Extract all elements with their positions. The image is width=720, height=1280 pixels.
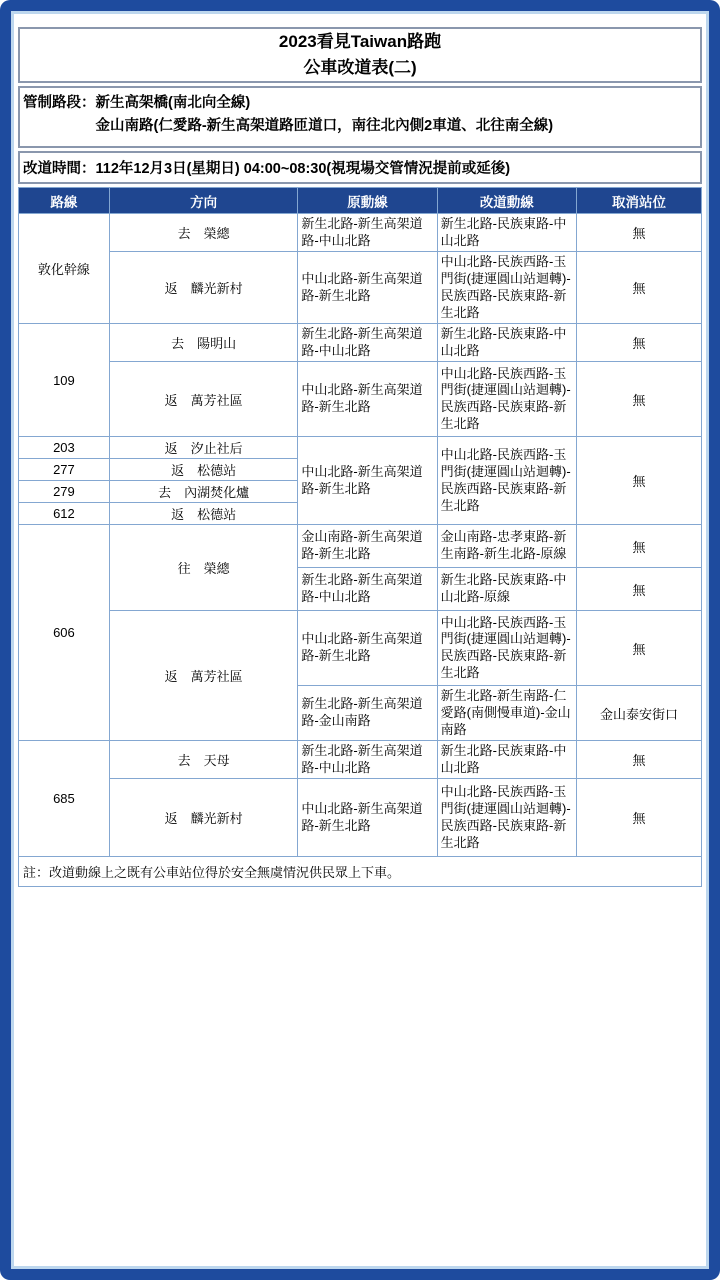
page-title-line-1: 2023看見Taiwan路跑: [20, 29, 700, 55]
document-content: 2023看見Taiwan路跑 公車改道表(二) 管制路段： 新生高架橋(南北向全…: [18, 27, 702, 887]
direction-cell: 返 萬芳社區: [109, 611, 298, 741]
detour-route-cell: 中山北路-民族西路-玉門街(捷運圓山站迴轉)-民族西路-民族東路-新生北路: [437, 611, 576, 686]
cancelled-stop-cell: 無: [576, 525, 701, 568]
route-cell: 敦化幹線: [19, 214, 110, 324]
table-row: 返 萬芳社區中山北路-新生高架道路-新生北路中山北路-民族西路-玉門街(捷運圓山…: [19, 362, 702, 437]
column-header-3: 改道動線: [437, 188, 576, 214]
table-note-cell: 註：改道動線上之既有公車站位得於安全無虞情況供民眾上下車。: [19, 857, 702, 887]
controlled-road-section-box: 管制路段： 新生高架橋(南北向全線) 金山南路(仁愛路-新生高架道路匝道口，南往…: [18, 86, 702, 148]
cancelled-stop-cell: 無: [576, 214, 701, 252]
direction-cell: 返 松德站: [109, 459, 298, 481]
page-title-line-2: 公車改道表(二): [20, 55, 700, 81]
direction-cell: 返 汐止社后: [109, 437, 298, 459]
detour-route-cell: 金山南路-忠孝東路-新生南路-新生北路-原線: [437, 525, 576, 568]
original-route-cell: 新生北路-新生高架道路-中山北路: [298, 741, 437, 779]
detour-route-cell: 中山北路-民族西路-玉門街(捷運圓山站迴轉)-民族西路-民族東路-新生北路: [437, 362, 576, 437]
original-route-cell: 中山北路-新生高架道路-新生北路: [298, 779, 437, 857]
table-row: 109去 陽明山新生北路-新生高架道路-中山北路新生北路-民族東路-中山北路無: [19, 324, 702, 362]
detour-route-cell: 新生北路-新生南路-仁愛路(南側慢車道)-金山南路: [437, 686, 576, 741]
cancelled-stop-cell: 無: [576, 568, 701, 611]
table-row: 註：改道動線上之既有公車站位得於安全無虞情況供民眾上下車。: [19, 857, 702, 887]
table-row: 返 萬芳社區中山北路-新生高架道路-新生北路中山北路-民族西路-玉門街(捷運圓山…: [19, 611, 702, 686]
route-cell: 685: [19, 741, 110, 857]
route-cell: 612: [19, 503, 110, 525]
original-route-cell: 新生北路-新生高架道路-中山北路: [298, 568, 437, 611]
cancelled-stop-cell: 無: [576, 362, 701, 437]
direction-cell: 往 榮總: [109, 525, 298, 611]
direction-cell: 返 麟光新村: [109, 779, 298, 857]
bus-reroute-table: 路線方向原動線改道動線取消站位 敦化幹線去 榮總新生北路-新生高架道路-中山北路…: [18, 187, 702, 887]
cancelled-stop-cell: 無: [576, 324, 701, 362]
cancelled-stop-cell: 無: [576, 437, 701, 525]
controlled-road-line-2: 金山南路(仁愛路-新生高架道路匝道口，南往北內側2車道、北往南全線): [96, 115, 698, 138]
route-cell: 203: [19, 437, 110, 459]
cancelled-stop-cell: 無: [576, 741, 701, 779]
column-header-2: 原動線: [298, 188, 437, 214]
table-row: 203返 汐止社后中山北路-新生高架道路-新生北路中山北路-民族西路-玉門街(捷…: [19, 437, 702, 459]
cancelled-stop-cell: 無: [576, 611, 701, 686]
detour-route-cell: 新生北路-民族東路-中山北路-原線: [437, 568, 576, 611]
route-cell: 606: [19, 525, 110, 741]
original-route-cell: 中山北路-新生高架道路-新生北路: [298, 252, 437, 324]
original-route-cell: 新生北路-新生高架道路-金山南路: [298, 686, 437, 741]
reroute-time-text: 改道時間：112年12月3日(星期日) 04:00~08:30(視現場交管情況提…: [23, 161, 510, 177]
direction-cell: 返 松德站: [109, 503, 298, 525]
detour-route-cell: 中山北路-民族西路-玉門街(捷運圓山站迴轉)-民族西路-民族東路-新生北路: [437, 779, 576, 857]
table-body: 敦化幹線去 榮總新生北路-新生高架道路-中山北路新生北路-民族東路-中山北路無返…: [19, 214, 702, 887]
column-header-1: 方向: [109, 188, 298, 214]
column-header-0: 路線: [19, 188, 110, 214]
cancelled-stop-cell: 無: [576, 252, 701, 324]
table-row: 敦化幹線去 榮總新生北路-新生高架道路-中山北路新生北路-民族東路-中山北路無: [19, 214, 702, 252]
detour-route-cell: 新生北路-民族東路-中山北路: [437, 214, 576, 252]
direction-cell: 去 榮總: [109, 214, 298, 252]
route-cell: 109: [19, 324, 110, 437]
reroute-time-box: 改道時間：112年12月3日(星期日) 04:00~08:30(視現場交管情況提…: [18, 151, 702, 184]
controlled-road-label: 管制路段：: [23, 92, 96, 115]
original-route-cell: 中山北路-新生高架道路-新生北路: [298, 437, 437, 525]
direction-cell: 去 陽明山: [109, 324, 298, 362]
route-cell: 277: [19, 459, 110, 481]
cancelled-stop-cell: 無: [576, 779, 701, 857]
table-row: 606往 榮總金山南路-新生高架道路-新生北路金山南路-忠孝東路-新生南路-新生…: [19, 525, 702, 568]
direction-cell: 返 萬芳社區: [109, 362, 298, 437]
detour-route-cell: 中山北路-民族西路-玉門街(捷運圓山站迴轉)-民族西路-民族東路-新生北路: [437, 437, 576, 525]
table-row: 返 麟光新村中山北路-新生高架道路-新生北路中山北路-民族西路-玉門街(捷運圓山…: [19, 252, 702, 324]
original-route-cell: 金山南路-新生高架道路-新生北路: [298, 525, 437, 568]
table-header-row: 路線方向原動線改道動線取消站位: [19, 188, 702, 214]
detour-route-cell: 新生北路-民族東路-中山北路: [437, 741, 576, 779]
title-box: 2023看見Taiwan路跑 公車改道表(二): [18, 27, 702, 83]
direction-cell: 去 天母: [109, 741, 298, 779]
original-route-cell: 新生北路-新生高架道路-中山北路: [298, 214, 437, 252]
original-route-cell: 新生北路-新生高架道路-中山北路: [298, 324, 437, 362]
table-row: 返 麟光新村中山北路-新生高架道路-新生北路中山北路-民族西路-玉門街(捷運圓山…: [19, 779, 702, 857]
column-header-4: 取消站位: [576, 188, 701, 214]
direction-cell: 返 麟光新村: [109, 252, 298, 324]
direction-cell: 去 內湖焚化爐: [109, 481, 298, 503]
route-cell: 279: [19, 481, 110, 503]
controlled-road-lines: 新生高架橋(南北向全線) 金山南路(仁愛路-新生高架道路匝道口，南往北內側2車道…: [96, 92, 698, 138]
detour-route-cell: 中山北路-民族西路-玉門街(捷運圓山站迴轉)-民族西路-民族東路-新生北路: [437, 252, 576, 324]
table-row: 685去 天母新生北路-新生高架道路-中山北路新生北路-民族東路-中山北路無: [19, 741, 702, 779]
detour-route-cell: 新生北路-民族東路-中山北路: [437, 324, 576, 362]
original-route-cell: 中山北路-新生高架道路-新生北路: [298, 362, 437, 437]
cancelled-stop-cell: 金山泰安街口: [576, 686, 701, 741]
controlled-road-line-1: 新生高架橋(南北向全線): [96, 92, 698, 115]
original-route-cell: 中山北路-新生高架道路-新生北路: [298, 611, 437, 686]
